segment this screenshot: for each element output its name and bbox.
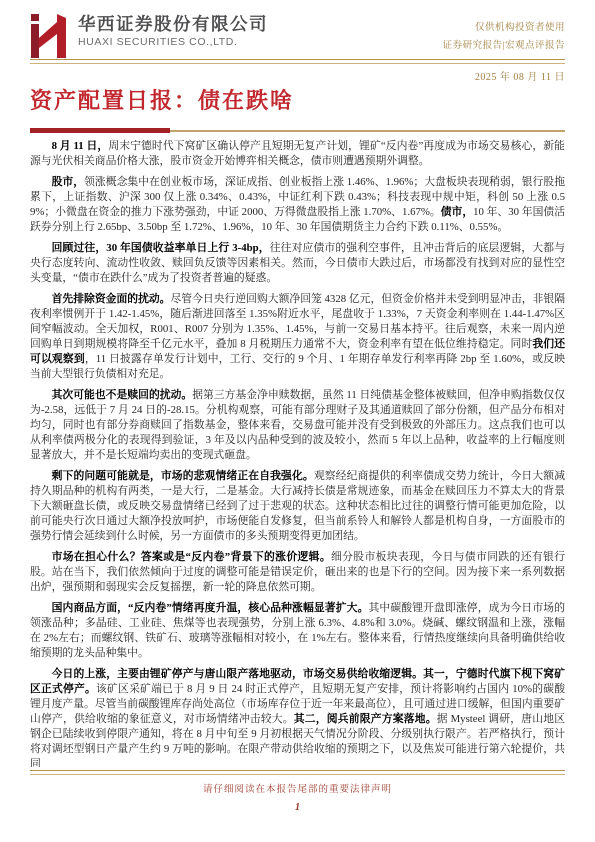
paragraph-lead-bold: 回顾过往，30 年国债收益率单日上行 3-4bp，: [52, 242, 270, 254]
company-name-en: HUAXI SECURITIES CO.,LTD.: [78, 35, 268, 49]
audience-note: 仅供机构投资者使用: [443, 22, 565, 34]
page-header: 华西证券股份有限公司 HUAXI SECURITIES CO.,LTD. 仅供机…: [30, 13, 565, 59]
title-divider-red-bar: [30, 128, 170, 133]
header-divider: [30, 59, 565, 64]
brand-text: 华西证券股份有限公司 HUAXI SECURITIES CO.,LTD.: [78, 13, 268, 49]
page-number: 1: [30, 802, 565, 813]
paragraph-lead-bold: 剩下的问题可能就是，市场的悲观情绪正在自我强化。: [52, 470, 314, 482]
paragraph: 今日的上涨，主要由锂矿停产与唐山限产落地驱动，市场交易供给收缩逻辑。其一，宁德时…: [30, 667, 565, 767]
paragraph-lead-bold: 其次可能也不是赎回的扰动。: [52, 389, 193, 401]
company-name-cn: 华西证券股份有限公司: [78, 13, 268, 35]
paragraph: 剩下的问题可能就是，市场的悲观情绪正在自我强化。观察经纪商提供的利率债成交势力统…: [30, 469, 565, 544]
paragraph-lead-bold: 国内商品方面，“反内卷”情绪再度升温，核心品种涨幅显著扩大。: [52, 602, 369, 614]
paragraph: 市场在担心什么？答案或是“反内卷”背景下的涨价逻辑。细分股市板块表现，今日与债市…: [30, 550, 565, 595]
footer-divider: [30, 770, 565, 775]
page-title: 资产配置日报：债在跌啥: [30, 86, 565, 116]
paragraph-lead-bold: 股市，: [52, 176, 85, 188]
paragraph: 其次可能也不是赎回的扰动。据第三方基金净申赎数据，虽然 11 日纯债基金整体被赎…: [30, 388, 565, 463]
paragraph-lead-bold: 首先排除资金面的扰动。: [52, 293, 171, 305]
paragraph-lead-bold: 8 月 11 日，: [52, 140, 109, 152]
legal-disclaimer: 请仔细阅读在本报告尾部的重要法律声明: [30, 781, 565, 795]
paragraph: 8 月 11 日，周末宁德时代下窝矿区确认停产且短期无复产计划，锂矿“反内卷”再…: [30, 139, 565, 169]
report-date: 2025 年 08 月 11 日: [475, 72, 565, 83]
paragraph-text: ，11 日披露存单发行计划中，工行、交行的 9 个月、1 年期存单发行利率再降 …: [30, 353, 565, 380]
brand: 华西证券股份有限公司 HUAXI SECURITIES CO.,LTD.: [30, 13, 268, 59]
paragraph: 首先排除资金面的扰动。尽管今日央行逆回购大额净回笼 4328 亿元，但资金价格并…: [30, 292, 565, 382]
report-page: 华西证券股份有限公司 HUAXI SECURITIES CO.,LTD. 仅供机…: [0, 0, 595, 842]
paragraph-lead-bold: 市场在担心什么？答案或是“反内卷”背景下的涨价逻辑。: [52, 551, 331, 563]
page-footer: 请仔细阅读在本报告尾部的重要法律声明 1: [30, 770, 565, 813]
paragraph: 回顾过往，30 年国债收益率单日上行 3-4bp，往往对应债市的强利空事件，且冲…: [30, 241, 565, 286]
paragraph-lead-bold: 其二，阅兵前限产方案落地。: [294, 713, 437, 725]
report-date-line: 2025 年 08 月 11 日: [30, 67, 565, 85]
paragraph-text: 周末宁德时代下窝矿区确认停产且短期无复产计划，锂矿“反内卷”再度成为市场交易核心…: [30, 140, 565, 167]
huaxi-h-logo-icon: [30, 13, 70, 58]
header-right: 仅供机构投资者使用 证券研究报告|宏观点评报告: [443, 13, 565, 59]
report-type: 证券研究报告|宏观点评报告: [443, 40, 565, 52]
paragraph: 国内商品方面，“反内卷”情绪再度升温，核心品种涨幅显著扩大。其中碳酸锂开盘即涨停…: [30, 601, 565, 661]
paragraph-lead-bold: 债市，: [441, 206, 473, 218]
paragraph: 股市，领涨概念集中在创业板市场，深证成指、创业板指上涨 1.46%、1.96%；…: [30, 175, 565, 235]
body-paragraphs: 8 月 11 日，周末宁德时代下窝矿区确认停产且短期无复产计划，锂矿“反内卷”再…: [30, 139, 565, 767]
title-divider: [30, 128, 565, 133]
